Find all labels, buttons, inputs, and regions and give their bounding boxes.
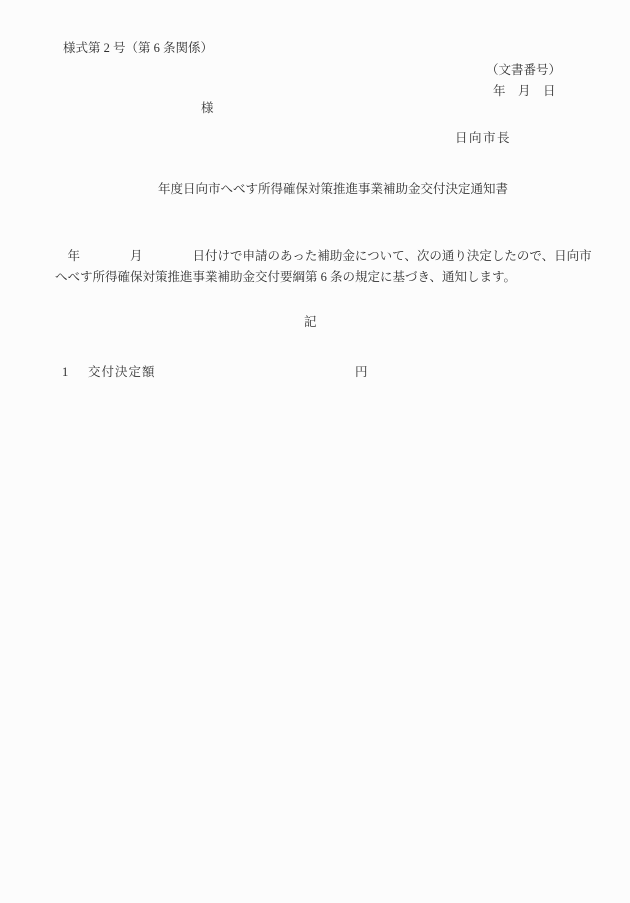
addressee-suffix: 様 <box>201 101 214 115</box>
item1-number: 1 <box>62 365 68 379</box>
document-page: 様式第 2 号（第 6 条関係） （文書番号） 年 月 日 様 日向市長 年度日… <box>0 0 630 903</box>
doc-number-placeholder: （文書番号） <box>486 63 561 77</box>
record-marker: 記 <box>304 315 317 329</box>
document-title: 年度日向市へべす所得確保対策推進事業補助金交付決定通知書 <box>158 182 508 196</box>
sender-name: 日向市長 <box>455 131 511 145</box>
body-paragraph-line2: へべす所得確保対策推進事業補助金交付要綱第 6 条の規定に基づき、通知します。 <box>55 270 516 284</box>
date-placeholder: 年 月 日 <box>493 84 556 98</box>
item1-unit-yen: 円 <box>355 365 368 379</box>
form-number: 様式第 2 号（第 6 条関係） <box>63 41 213 55</box>
body-paragraph-line1: 年 月 日付けで申請のあった補助金について、次の通り決定したので、日向市 <box>55 249 592 263</box>
item1-label: 交付決定額 <box>88 365 156 379</box>
